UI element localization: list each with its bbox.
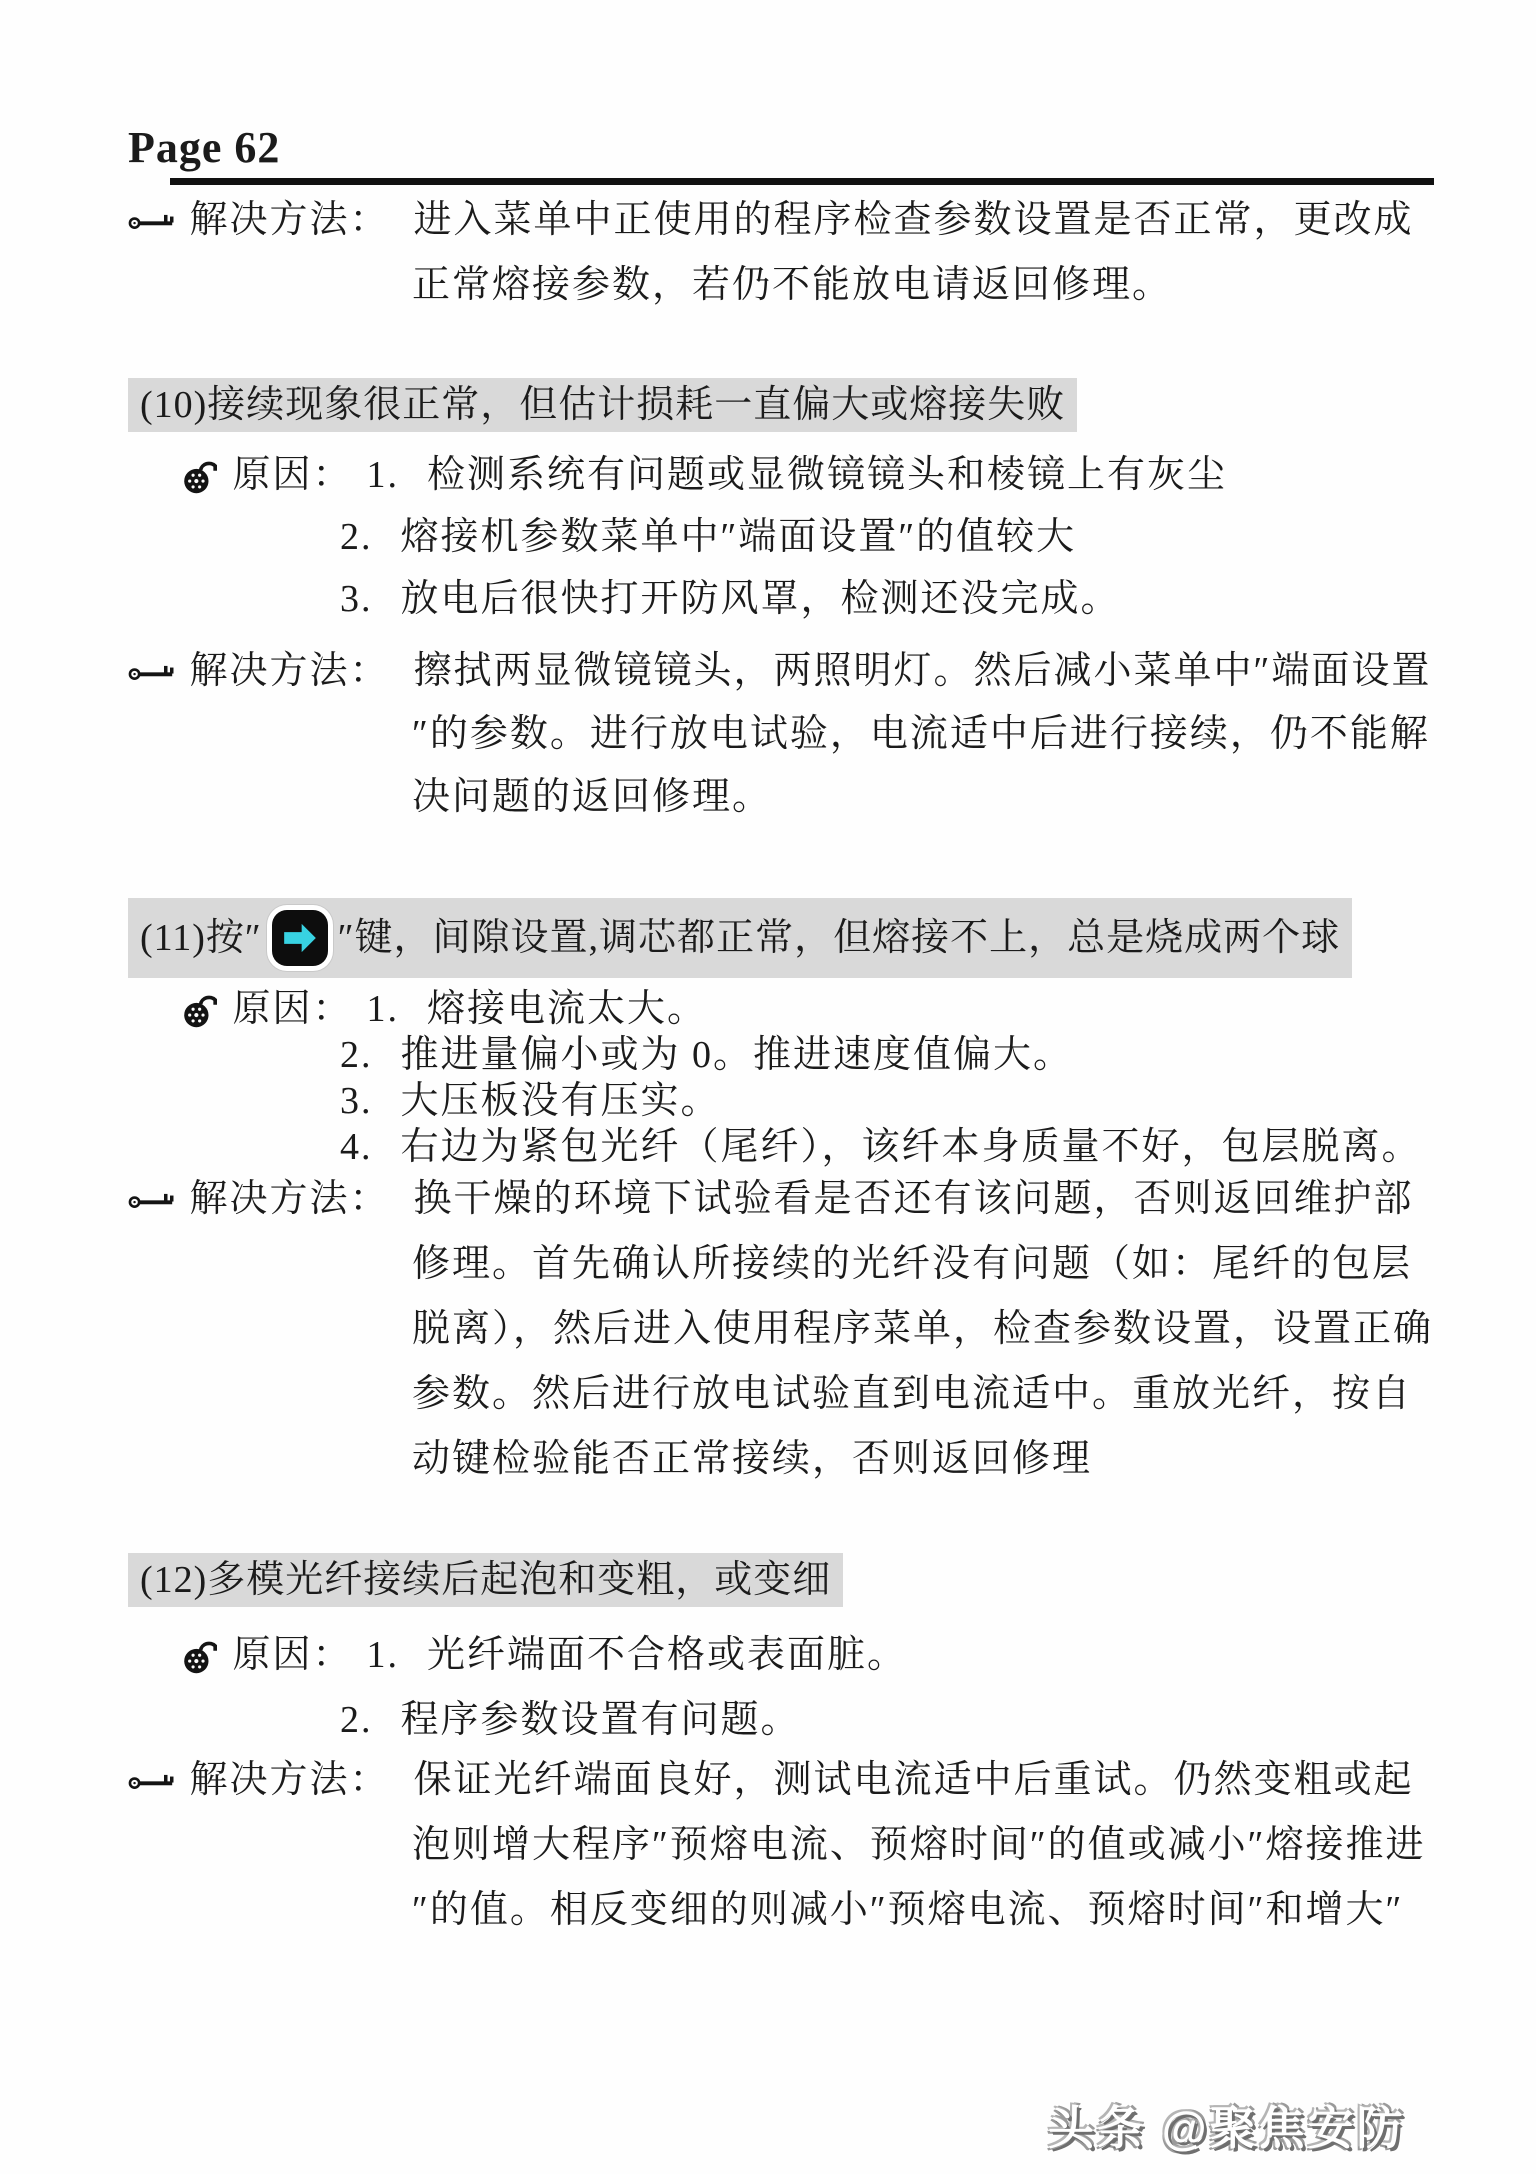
solution-line: ″的参数。进行放电试验，电流适中后进行接续，仍不能解 [128,711,1476,757]
cause-row: 原因：1.光纤端面不合格或表面脏。 [128,1632,1476,1678]
cause-text: 推进量偏小或为 0。推进速度值偏大。 [401,1034,1074,1076]
cause-row: 2.推进量偏小或为 0。推进速度值偏大。 [128,1032,1476,1078]
cause-label: 原因： [233,1634,353,1676]
solution-text: 保证光纤端面良好，测试电流适中后重试。仍然变粗或起 [414,1759,1414,1801]
cause-text: 放电后很快打开防风罩，检测还没完成。 [401,578,1121,620]
section-10: (10)接续现象很正常，但估计损耗一直偏大或熔接失败 [128,378,1476,432]
lock-icon [183,454,233,496]
cause-text: 右边为紧包光纤（尾纤），该纤本身质量不好，包层脱离。 [401,1126,1422,1168]
solution-line: 脱离），然后进入使用程序菜单，检查参数设置，设置正确 [128,1306,1476,1352]
solution-text: 换干燥的环境下试验看是否还有该问题，否则返回维护部 [414,1178,1414,1220]
cause-row: 原因：1.熔接电流太大。 [128,986,1476,1032]
solution-label: 解决方法： [190,1759,390,1801]
cause-text: 熔接机参数菜单中″端面设置″的值较大 [401,516,1077,558]
cause-row: 3.放电后很快打开防风罩，检测还没完成。 [128,576,1476,622]
cause-text: 程序参数设置有问题。 [401,1699,801,1741]
cause-row: 3.大压板没有压实。 [128,1078,1476,1124]
cause-number: 2. [340,1032,373,1078]
solution-row: 解决方法：擦拭两显微镜镜头，两照明灯。然后减小菜单中″端面设置 [128,648,1476,694]
intro-solution-line: 正常熔接参数，若仍不能放电请返回修理。 [128,262,1476,308]
cause-row: 原因：1.检测系统有问题或显微镜镜头和棱镜上有灰尘 [128,452,1476,498]
solution-line: 参数。然后进行放电试验直到电流适中。重放光纤，按自 [128,1371,1476,1417]
right-arrow-key-icon [272,910,328,966]
cause-text: 检测系统有问题或显微镜镜头和棱镜上有灰尘 [427,454,1227,496]
key-icon [128,1759,190,1801]
lock-icon [183,988,233,1030]
key-icon [128,650,190,692]
solution-label: 解决方法： [190,1178,390,1220]
intro-solution-line: 解决方法：进入菜单中正使用的程序检查参数设置是否正常，更改成 [128,197,1476,243]
cause-text: 光纤端面不合格或表面脏。 [427,1634,907,1676]
key-icon [128,1178,190,1220]
document-page: Page 62 解决方法：进入菜单中正使用的程序检查参数设置是否正常，更改成 正… [0,0,1536,2174]
section-12: (12)多模光纤接续后起泡和变粗，或变细 [128,1553,1476,1607]
cause-label: 原因： [233,988,353,1030]
solution-line: 修理。首先确认所接续的光纤没有问题（如：尾纤的包层 [128,1241,1476,1287]
heading-prefix: (11)按″ [140,906,262,970]
lock-icon [183,1634,233,1676]
solution-label: 解决方法： [190,199,390,241]
solution-line: 泡则增大程序″预熔电流、预熔时间″的值或减小″熔接推进 [128,1822,1476,1868]
page-title: Page 62 [128,126,1476,170]
cause-number: 3. [340,1078,373,1124]
cause-number: 1. [367,986,400,1032]
cause-number: 2. [340,514,373,560]
watermark: 头条 @聚焦安防 [1048,2092,1406,2158]
section-11-heading: (11)按″″键，间隙设置,调芯都正常，但熔接不上，总是烧成两个球 [128,898,1352,978]
header-rule [170,178,1434,185]
cause-row: 2.熔接机参数菜单中″端面设置″的值较大 [128,514,1476,560]
section-10-heading: (10)接续现象很正常，但估计损耗一直偏大或熔接失败 [128,378,1077,432]
cause-number: 2. [340,1697,373,1743]
cause-text: 大压板没有压实。 [401,1080,721,1122]
solution-row: 解决方法：换干燥的环境下试验看是否还有该问题，否则返回维护部 [128,1176,1476,1222]
section-12-heading: (12)多模光纤接续后起泡和变粗，或变细 [128,1553,843,1607]
cause-number: 1. [367,452,400,498]
heading-suffix: ″键，间隙设置,调芯都正常，但熔接不上，总是烧成两个球 [338,906,1340,970]
solution-line: ″的值。相反变细的则减小″预熔电流、预熔时间″和增大″ [128,1887,1476,1933]
solution-label: 解决方法： [190,650,390,692]
cause-number: 3. [340,576,373,622]
key-icon [128,199,190,241]
solution-text: 擦拭两显微镜镜头，两照明灯。然后减小菜单中″端面设置 [414,650,1432,692]
cause-number: 1. [367,1632,400,1678]
section-11: (11)按″″键，间隙设置,调芯都正常，但熔接不上，总是烧成两个球 [128,898,1476,978]
solution-line: 动键检验能否正常接续，否则返回修理 [128,1436,1476,1482]
cause-text: 熔接电流太大。 [427,988,707,1030]
solution-text: 进入菜单中正使用的程序检查参数设置是否正常，更改成 [414,199,1414,241]
cause-number: 4. [340,1124,373,1170]
solution-line: 决问题的返回修理。 [128,774,1476,820]
cause-label: 原因： [233,454,353,496]
cause-row: 2.程序参数设置有问题。 [128,1697,1476,1743]
solution-row: 解决方法：保证光纤端面良好，测试电流适中后重试。仍然变粗或起 [128,1757,1476,1803]
cause-row: 4.右边为紧包光纤（尾纤），该纤本身质量不好，包层脱离。 [128,1124,1476,1170]
